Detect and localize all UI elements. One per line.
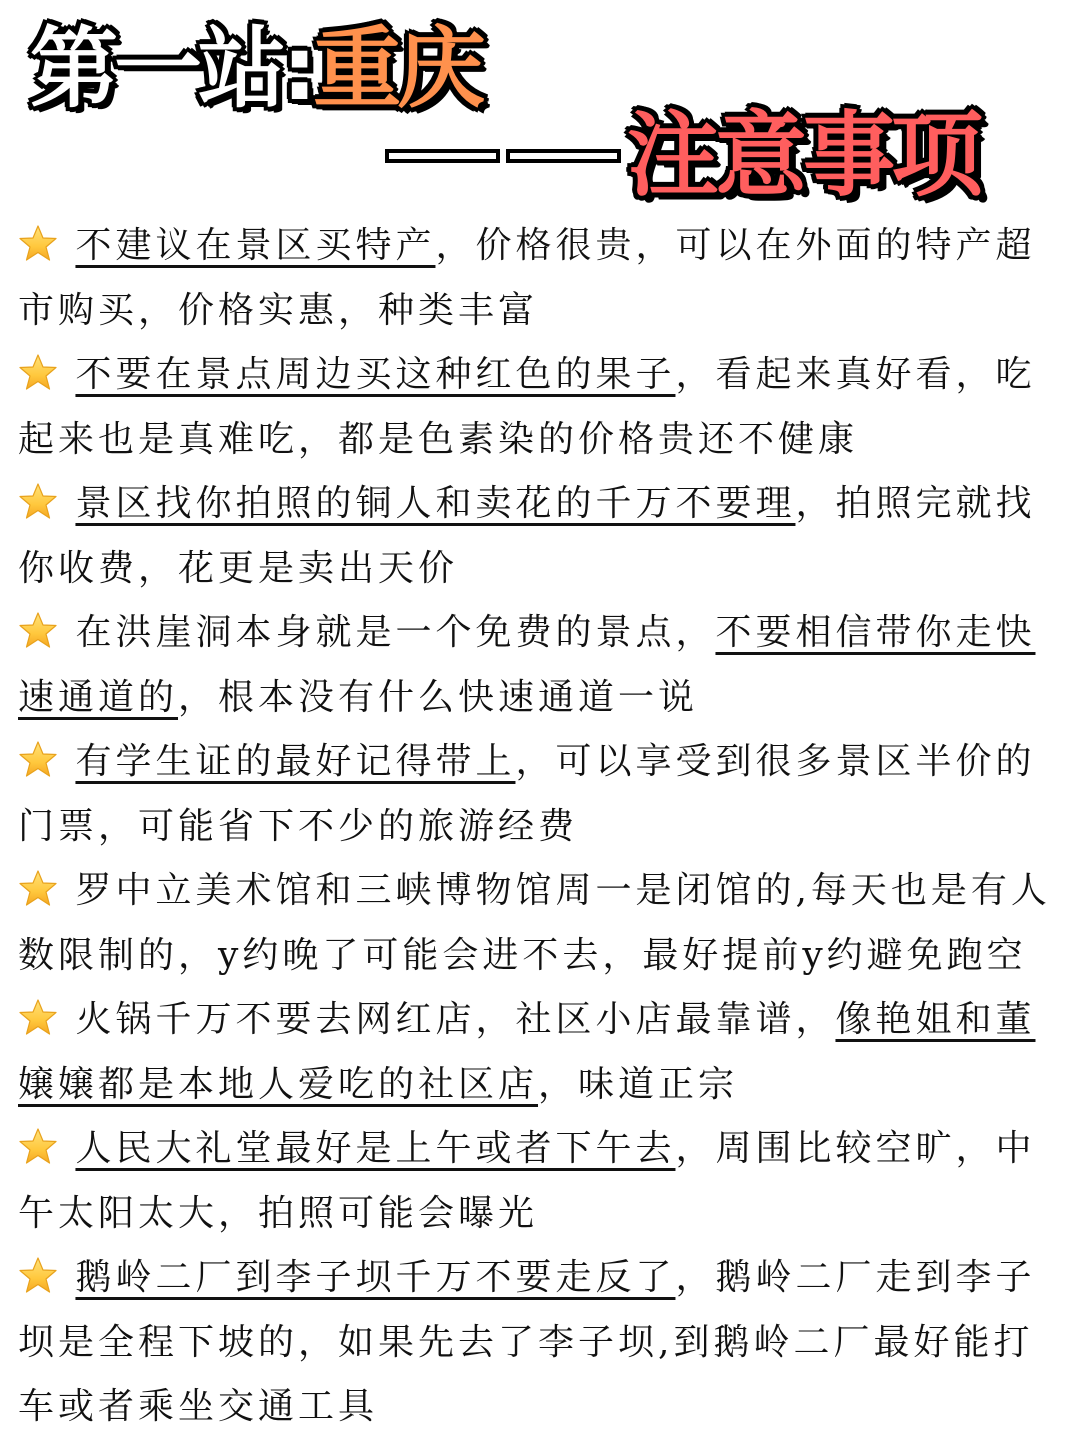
star-icon xyxy=(18,1255,58,1295)
tip-item: 火锅千万不要去网红店，社区小店最靠谱，像艳姐和董嬢嬢都是本地人爱吃的社区店，味道… xyxy=(18,988,1058,1117)
tip-item: 景区找你拍照的铜人和卖花的千万不要理，拍照完就找你收费，花更是卖出天价 xyxy=(18,472,1058,601)
tip-item: 有学生证的最好记得带上，可以享受到很多景区半价的门票，可能省下不少的旅游经费 xyxy=(18,730,1058,859)
star-icon xyxy=(18,481,58,521)
tip-text: ，根本没有什么快速通道一说 xyxy=(178,677,698,718)
tip-highlight: 有学生证的最好记得带上 xyxy=(75,741,515,782)
star-icon xyxy=(18,352,58,392)
tip-text: ，味道正宗 xyxy=(538,1064,738,1105)
dash-segment xyxy=(385,149,500,163)
title-station: 第一站: xyxy=(30,25,313,113)
tip-item: 罗中立美术馆和三峡博物馆周一是闭馆的,每天也是有人数限制的，y约晚了可能会进不去… xyxy=(18,859,1058,988)
star-icon xyxy=(18,610,58,650)
tip-highlight: 不要在景点周边买这种红色的果子 xyxy=(75,354,675,395)
tip-highlight: 鹅岭二厂到李子坝千万不要走反了 xyxy=(75,1257,675,1298)
tip-item: 人民大礼堂最好是上午或者下午去，周围比较空旷，中午太阳太大，拍照可能会曝光 xyxy=(18,1117,1058,1246)
star-icon xyxy=(18,997,58,1037)
star-icon xyxy=(18,739,58,779)
tip-highlight: 不建议在景区买特产 xyxy=(75,225,435,266)
title-dash-divider xyxy=(385,149,621,163)
tip-text: 罗中立美术馆和三峡博物馆周一是闭馆的,每天也是有人数限制的，y约晚了可能会进不去… xyxy=(18,870,1051,976)
star-icon xyxy=(18,223,58,263)
tip-highlight: 人民大礼堂最好是上午或者下午去 xyxy=(75,1128,675,1169)
tip-item: 在洪崖洞本身就是一个免费的景点，不要相信带你走快速通道的，根本没有什么快速通道一… xyxy=(18,601,1058,730)
title-city: 重庆 xyxy=(313,25,481,113)
tips-list: 不建议在景区买特产，价格很贵，可以在外面的特产超市购买，价格实惠，种类丰富 不要… xyxy=(18,214,1058,1440)
dash-segment xyxy=(506,149,621,163)
tip-item: 鹅岭二厂到李子坝千万不要走反了，鹅岭二厂走到李子坝是全程下坡的，如果先去了李子坝… xyxy=(18,1246,1058,1440)
tip-item: 不要在景点周边买这种红色的果子，看起来真好看，吃起来也是真难吃，都是色素染的价格… xyxy=(18,343,1058,472)
subtitle-notes: 注意事项 xyxy=(627,110,979,202)
page-subtitle: 注意事项 xyxy=(385,108,979,204)
tip-highlight: 景区找你拍照的铜人和卖花的千万不要理 xyxy=(75,483,795,524)
star-icon xyxy=(18,1126,58,1166)
tip-item: 不建议在景区买特产，价格很贵，可以在外面的特产超市购买，价格实惠，种类丰富 xyxy=(18,214,1058,343)
star-icon xyxy=(18,868,58,908)
tip-text: 火锅千万不要去网红店，社区小店最靠谱， xyxy=(75,999,835,1040)
tip-text: 在洪崖洞本身就是一个免费的景点， xyxy=(75,612,715,653)
